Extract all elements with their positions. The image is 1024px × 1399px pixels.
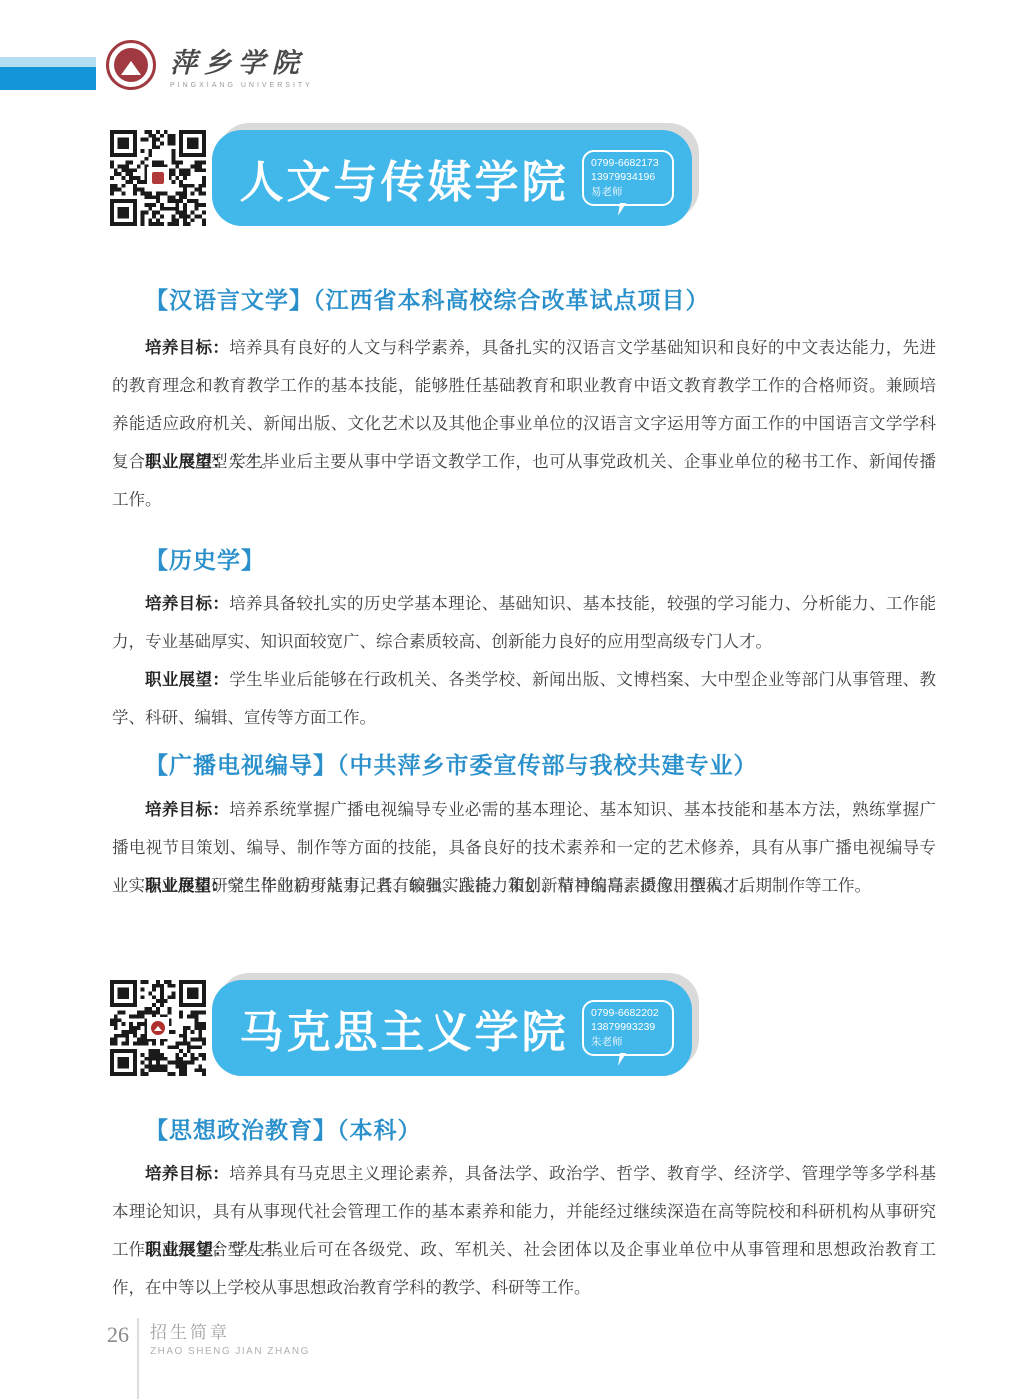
major-title-ideological-political-education: 【思想政治教育】（本科） — [145, 1112, 422, 1145]
university-name: 萍乡学院 — [170, 41, 313, 80]
goal-paragraph: 培养目标：培养具备较扎实的历史学基本理论、基础知识、基本技能，较强的学习能力、分… — [112, 586, 936, 662]
qr-code-icon — [110, 130, 206, 226]
contact-phone: 0799-6682173 — [591, 156, 665, 170]
brochure-page: 萍乡学院 PINGXIANG UNIVERSITY 人文与传媒学院 0799-6… — [0, 0, 1024, 1399]
contact-bubble: 0799-6682173 13979934196 易老师 — [582, 150, 674, 206]
career-paragraph: 职业展望：学生毕业后可从事记者、编辑、主持、策划、节目编导、摄像、撰稿、后期制作… — [112, 868, 936, 906]
career-paragraph: 职业展望：学生毕业后可在各级党、政、军机关、社会团体以及企事业单位中从事管理和思… — [112, 1232, 936, 1308]
contact-phone: 0799-6682202 — [591, 1006, 665, 1020]
career-paragraph: 职业展望：学生毕业后能够在行政机关、各类学校、新闻出版、文博档案、大中型企业等部… — [112, 662, 936, 738]
major-title-chinese-language: 【汉语言文学】（江西省本科高校综合改革试点项目） — [145, 282, 710, 315]
footer-label: 招生简章 ZHAO SHENG JIAN ZHANG — [150, 1318, 310, 1357]
corner-accent-bars — [0, 57, 96, 90]
footer-divider — [137, 1318, 139, 1399]
university-name-en: PINGXIANG UNIVERSITY — [170, 82, 313, 89]
accent-bar-dark — [0, 67, 96, 90]
college-name: 马克思主义学院 — [212, 996, 582, 1060]
footer-pinyin: ZHAO SHENG JIAN ZHANG — [150, 1346, 310, 1357]
bubble-tail — [618, 1053, 632, 1066]
qr-center-logo — [148, 1018, 168, 1038]
major-title-broadcast-directing: 【广播电视编导】（中共萍乡市委宣传部与我校共建专业） — [145, 747, 758, 780]
career-paragraph: 职业展望：学生毕业后主要从事中学语文教学工作，也可从事党政机关、企事业单位的秘书… — [112, 444, 936, 520]
major-title-history: 【历史学】 — [145, 542, 265, 575]
college-banner-marxism: 马克思主义学院 0799-6682202 13879993239 朱老师 — [110, 980, 692, 1076]
contact-bubble: 0799-6682202 13879993239 朱老师 — [582, 1000, 674, 1056]
college-banner-shape: 人文与传媒学院 0799-6682173 13979934196 易老师 — [212, 130, 692, 226]
qr-code-icon — [110, 980, 206, 1076]
bubble-tail — [618, 203, 632, 216]
contact-mobile: 13879993239 — [591, 1020, 665, 1034]
qr-center-logo — [148, 168, 168, 188]
contact-mobile: 13979934196 — [591, 170, 665, 184]
accent-bar-light — [0, 57, 96, 67]
contact-person: 朱老师 — [591, 1035, 665, 1049]
university-logo: 萍乡学院 PINGXIANG UNIVERSITY — [106, 40, 313, 90]
college-banner-shape: 马克思主义学院 0799-6682202 13879993239 朱老师 — [212, 980, 692, 1076]
contact-person: 易老师 — [591, 185, 665, 199]
footer-title: 招生简章 — [150, 1318, 310, 1343]
page-number: 26 — [104, 1322, 132, 1348]
college-banner-humanities: 人文与传媒学院 0799-6682173 13979934196 易老师 — [110, 130, 692, 226]
college-name: 人文与传媒学院 — [212, 146, 582, 210]
university-seal-icon — [106, 40, 156, 90]
